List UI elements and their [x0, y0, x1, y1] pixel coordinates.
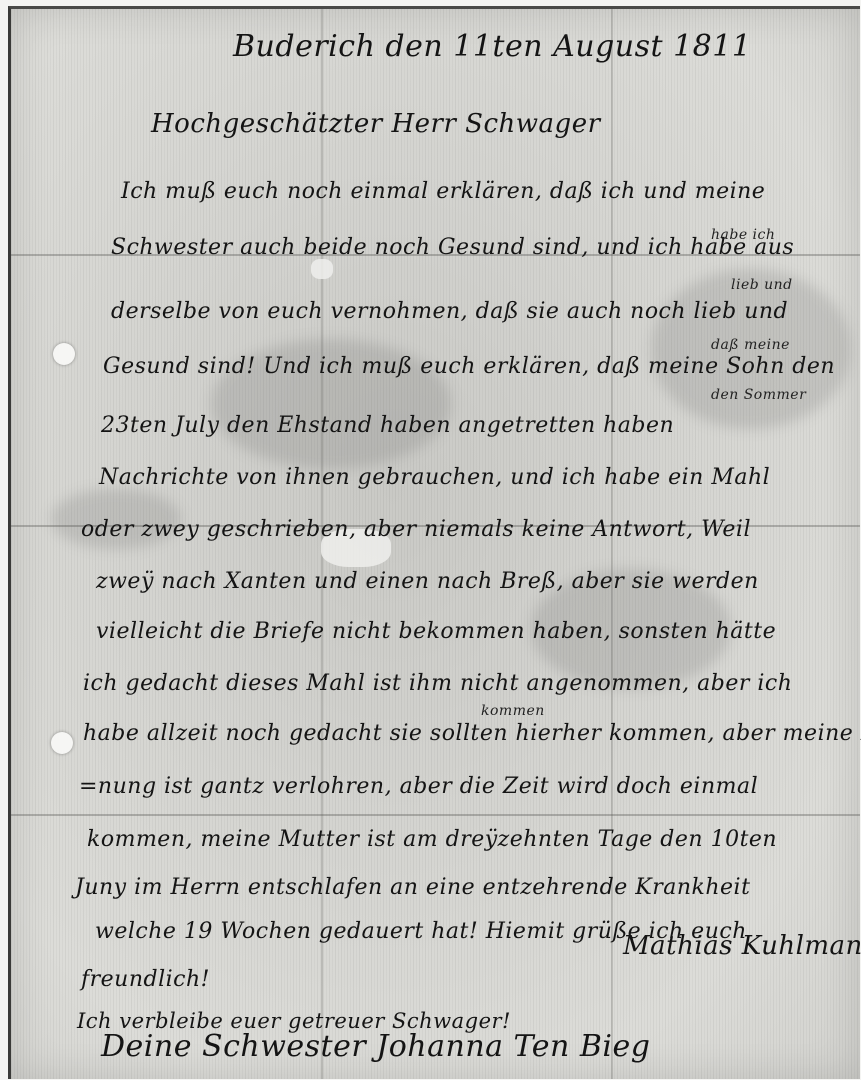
body-line: Nachrichte von ihnen gebrauchen, und ich… — [99, 465, 770, 490]
signature-johanna: Deine Schwester Johanna Ten Bieg — [101, 1029, 650, 1064]
fold-crease — [11, 814, 860, 816]
body-line: 23ten July den Ehstand haben angetretten… — [101, 413, 674, 438]
punch-hole — [53, 343, 75, 365]
body-line: Gesund sind! Und ich muß euch erklären, … — [103, 354, 835, 379]
interlinear-insertion: lieb und — [731, 277, 793, 293]
dateline: Buderich den 11ten August 1811 — [233, 29, 751, 64]
interlinear-insertion: habe ich — [711, 227, 775, 243]
body-line: kommen, meine Mutter ist am dreÿzehnten … — [87, 827, 777, 852]
body-line: oder zwey geschrieben, aber niemals kein… — [81, 517, 751, 542]
interlinear-insertion: den Sommer — [711, 387, 806, 403]
body-line: vielleicht die Briefe nicht bekommen hab… — [96, 619, 776, 644]
body-line: Ich muß euch noch einmal erklären, daß i… — [121, 179, 765, 204]
body-line: Schwester auch beide noch Gesund sind, u… — [111, 235, 794, 260]
body-line: habe allzeit noch gedacht sie sollten hi… — [83, 721, 861, 746]
interlinear-insertion: daß meine — [711, 337, 790, 353]
letter-page: Buderich den 11ten August 1811 Hochgesch… — [8, 6, 860, 1079]
signature-mathias: Mathias Kuhlman — [623, 931, 861, 961]
body-line: zweÿ nach Xanten und einen nach Breß, ab… — [96, 569, 759, 594]
body-line: derselbe von euch vernohmen, daß sie auc… — [111, 299, 788, 324]
punch-hole — [51, 732, 73, 754]
body-line: freundlich! — [81, 967, 210, 992]
interlinear-insertion: kommen — [481, 703, 545, 719]
body-line: =nung ist gantz verlohren, aber die Zeit… — [79, 774, 758, 799]
paper-tear — [311, 259, 333, 279]
body-line: Juny im Herrn entschlafen an eine entzeh… — [75, 875, 750, 900]
body-line: ich gedacht dieses Mahl ist ihm nicht an… — [83, 671, 792, 696]
salutation: Hochgeschätzter Herr Schwager — [151, 109, 601, 139]
